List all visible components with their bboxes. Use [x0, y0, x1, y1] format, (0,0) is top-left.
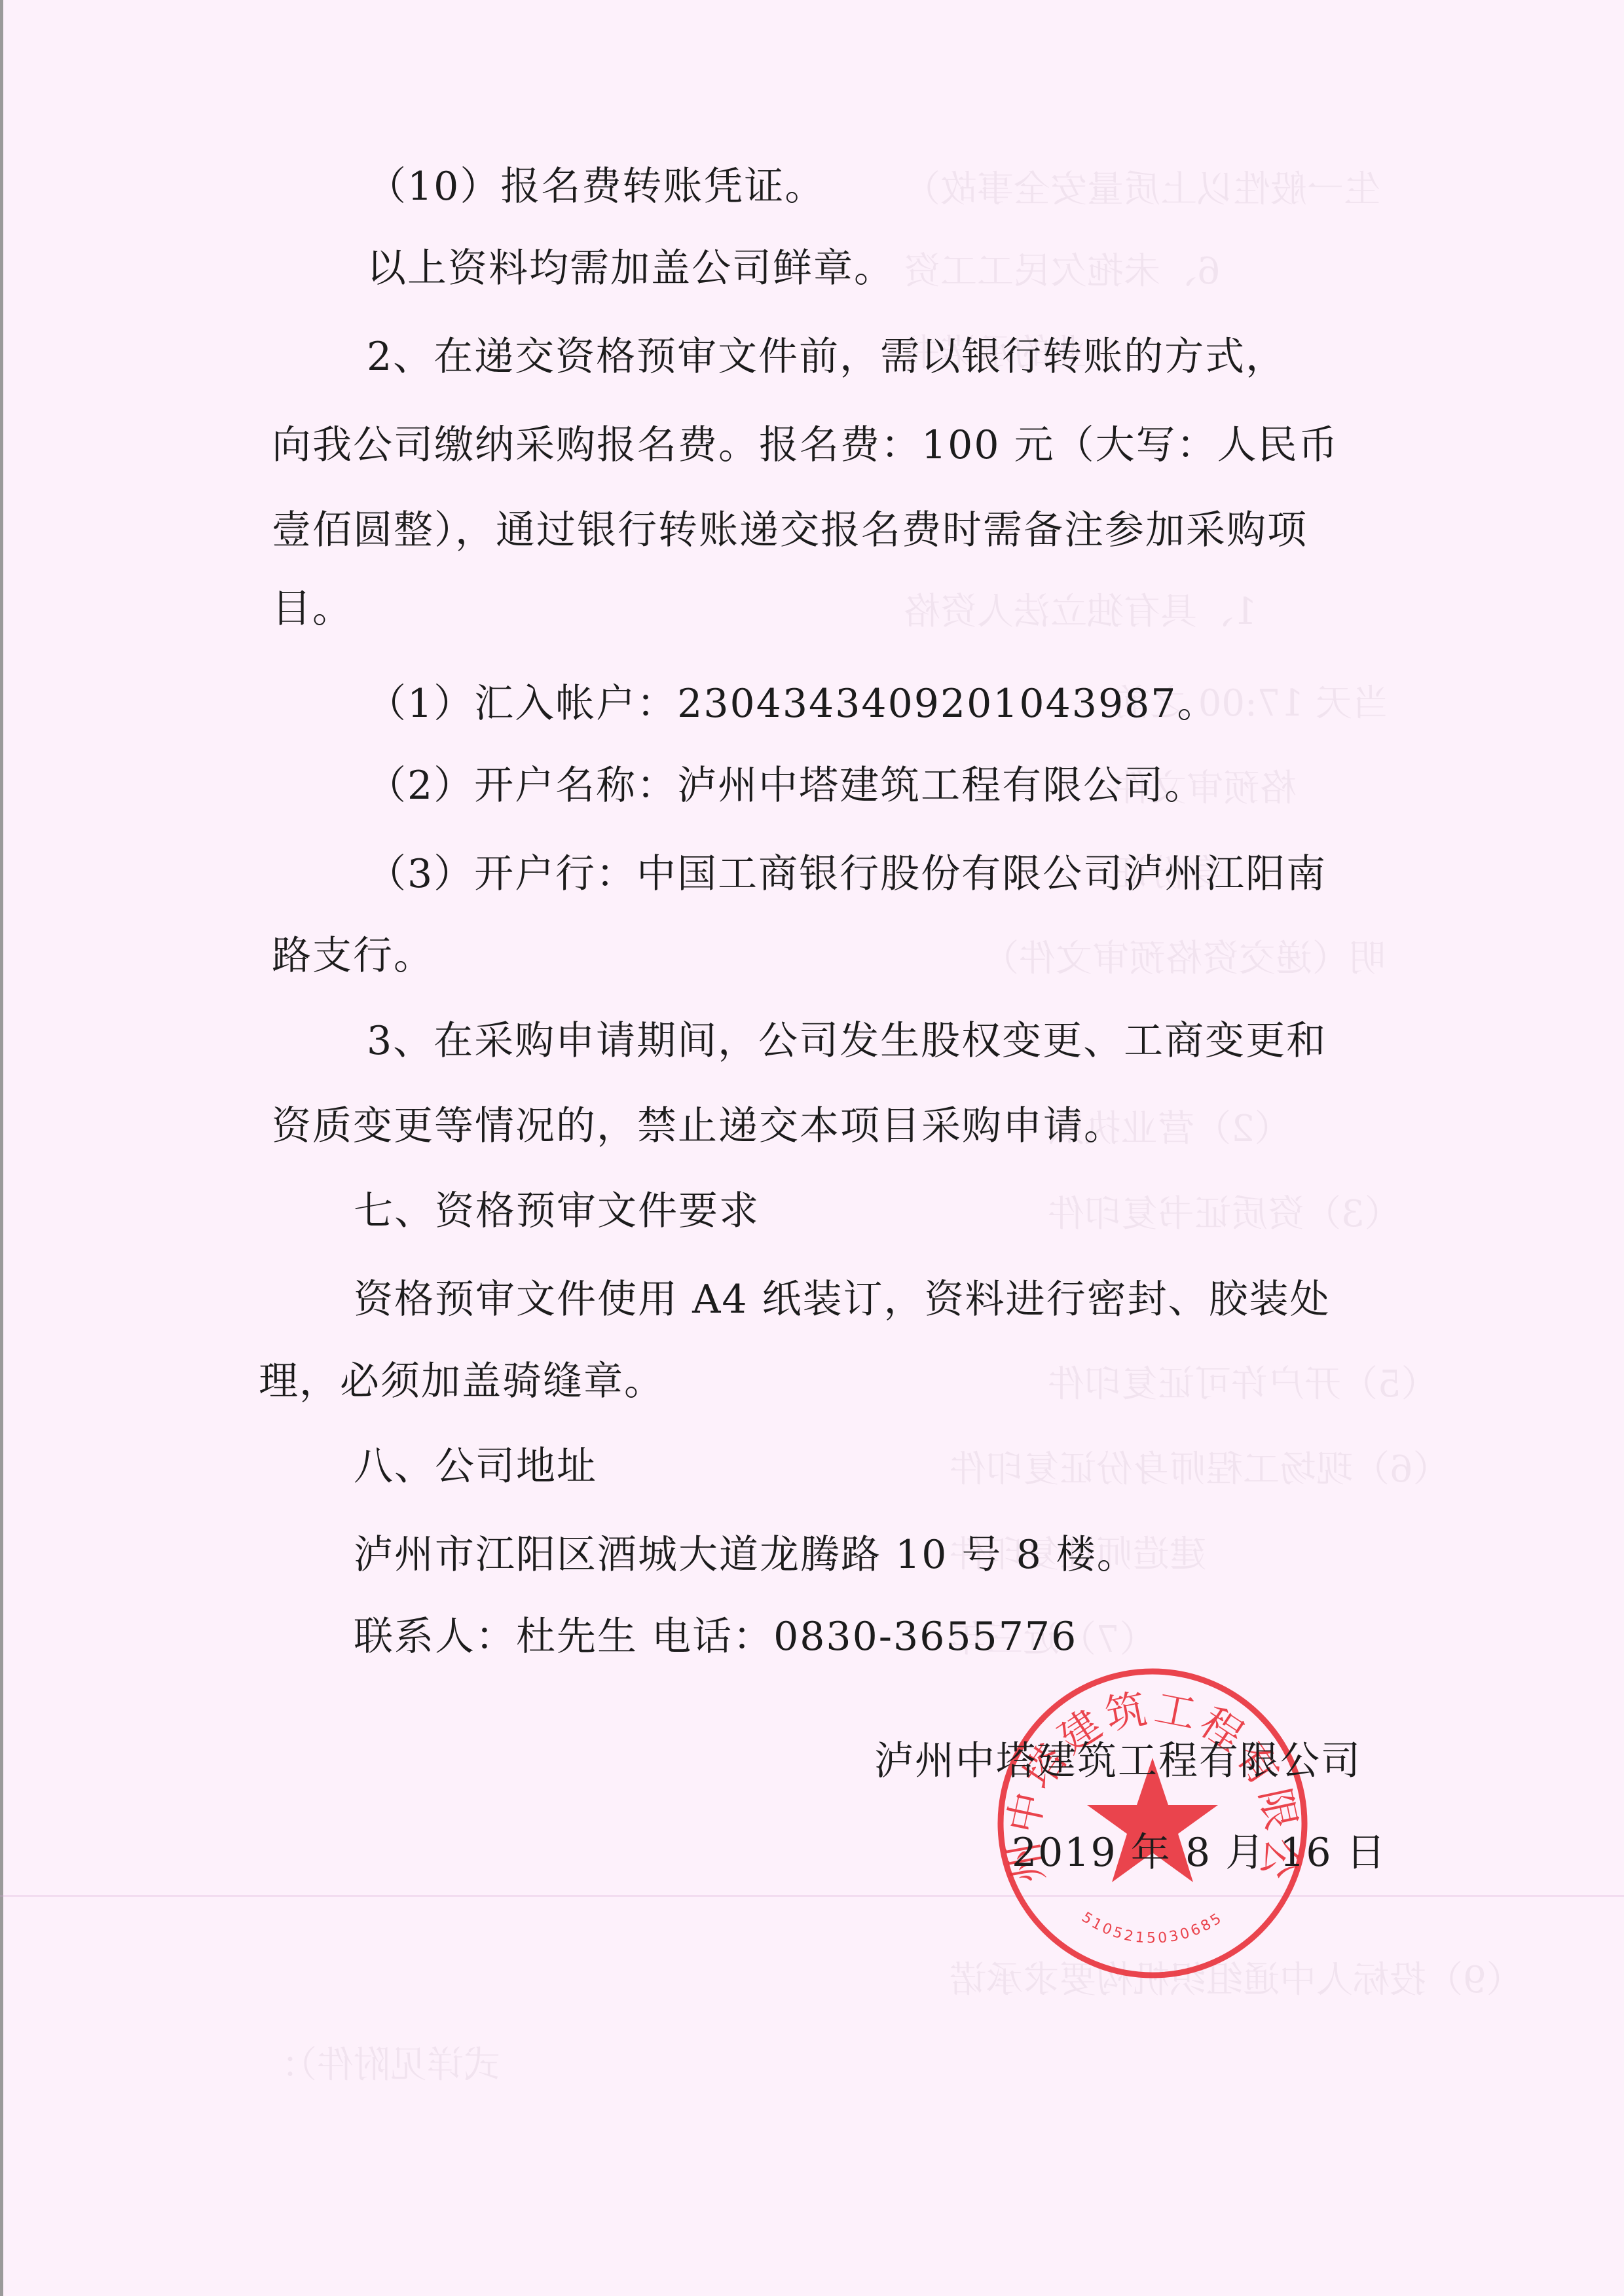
bleed-through-text: 6、未拖欠民工工资 — [904, 249, 1221, 295]
bleed-through-text: （9）投标人中通组织机构要求承诺 — [950, 1958, 1523, 2003]
bleed-through-text: 式详见附件）： — [262, 2043, 500, 2088]
doc-line-contact: 联系人：杜先生 电话：0830-3655776 — [354, 1611, 1077, 1663]
doc-line-bank: （3）开户行：中国工商银行股份有限公司泸州江阳南 — [367, 848, 1327, 900]
doc-line-account: （1）汇入帐户：2304343409201043987。 — [367, 678, 1217, 730]
doc-line-item-10: （10）报名费转账凭证。 — [367, 160, 825, 213]
doc-line-address: 泸州市江阳区酒城大道龙腾路 10 号 8 楼。 — [354, 1529, 1137, 1581]
doc-line-fee-end: 目。 — [272, 583, 353, 635]
doc-line-binding-cont: 理，必须加盖骑缝章。 — [259, 1355, 665, 1408]
official-company-seal: 泸州中塔建筑工程有限公司 5105215030685 — [989, 1660, 1316, 1987]
bleed-through-text: （3）资质证书复印件 — [1048, 1192, 1401, 1237]
bleed-through-text: 明（递交资格预审文件） — [982, 936, 1386, 982]
doc-line-seal-note: 以上资料均需加盖公司鲜章。 — [367, 242, 895, 295]
doc-line-fee-cont: 壹佰圆整），通过银行转账递交报名费时需备注参加采购项 — [272, 504, 1308, 556]
scan-artifact-line — [0, 1895, 1624, 1897]
bleed-through-text: 1、具有独立法人资格 — [904, 589, 1257, 635]
doc-line-binding: 资格预审文件使用 A4 纸装订，资料进行密封、胶装处 — [354, 1273, 1331, 1326]
doc-line-section-2: 2、在递交资格预审文件前，需以银行转账的方式， — [367, 331, 1286, 383]
doc-line-section-3-cont: 资质变更等情况的，禁止递交本项目采购申请。 — [272, 1100, 1124, 1152]
document-page: 生一般性以上质量安全事故） 6、未拖欠民工工资 业的承诺书 1、具有独立法人资格… — [0, 0, 1624, 2296]
svg-text:5105215030685: 5105215030685 — [1079, 1909, 1227, 1947]
bleed-through-text: （5）开户许可证复印件 — [1048, 1362, 1438, 1408]
section-heading-7: 七、资格预审文件要求 — [354, 1185, 760, 1237]
doc-line-account-name: （2）开户名称：泸州中塔建筑工程有限公司。 — [367, 759, 1205, 812]
signature-company: 泸州中塔建筑工程有限公司 — [874, 1735, 1361, 1787]
section-heading-8: 八、公司地址 — [354, 1440, 597, 1493]
doc-line-bank-cont: 路支行。 — [272, 930, 434, 982]
bleed-through-text: （6）现场工程师身份证复印件 — [950, 1447, 1450, 1493]
doc-line-section-3: 3、在采购申请期间，公司发生股权变更、工商变更和 — [367, 1015, 1327, 1067]
doc-line-fee: 向我公司缴纳采购报名费。报名费：100 元（大写：人民币 — [272, 419, 1339, 471]
bleed-through-text: 生一般性以上质量安全事故） — [904, 167, 1380, 213]
signature-date: 2019 年 8 月 16 日 — [1012, 1827, 1387, 1879]
